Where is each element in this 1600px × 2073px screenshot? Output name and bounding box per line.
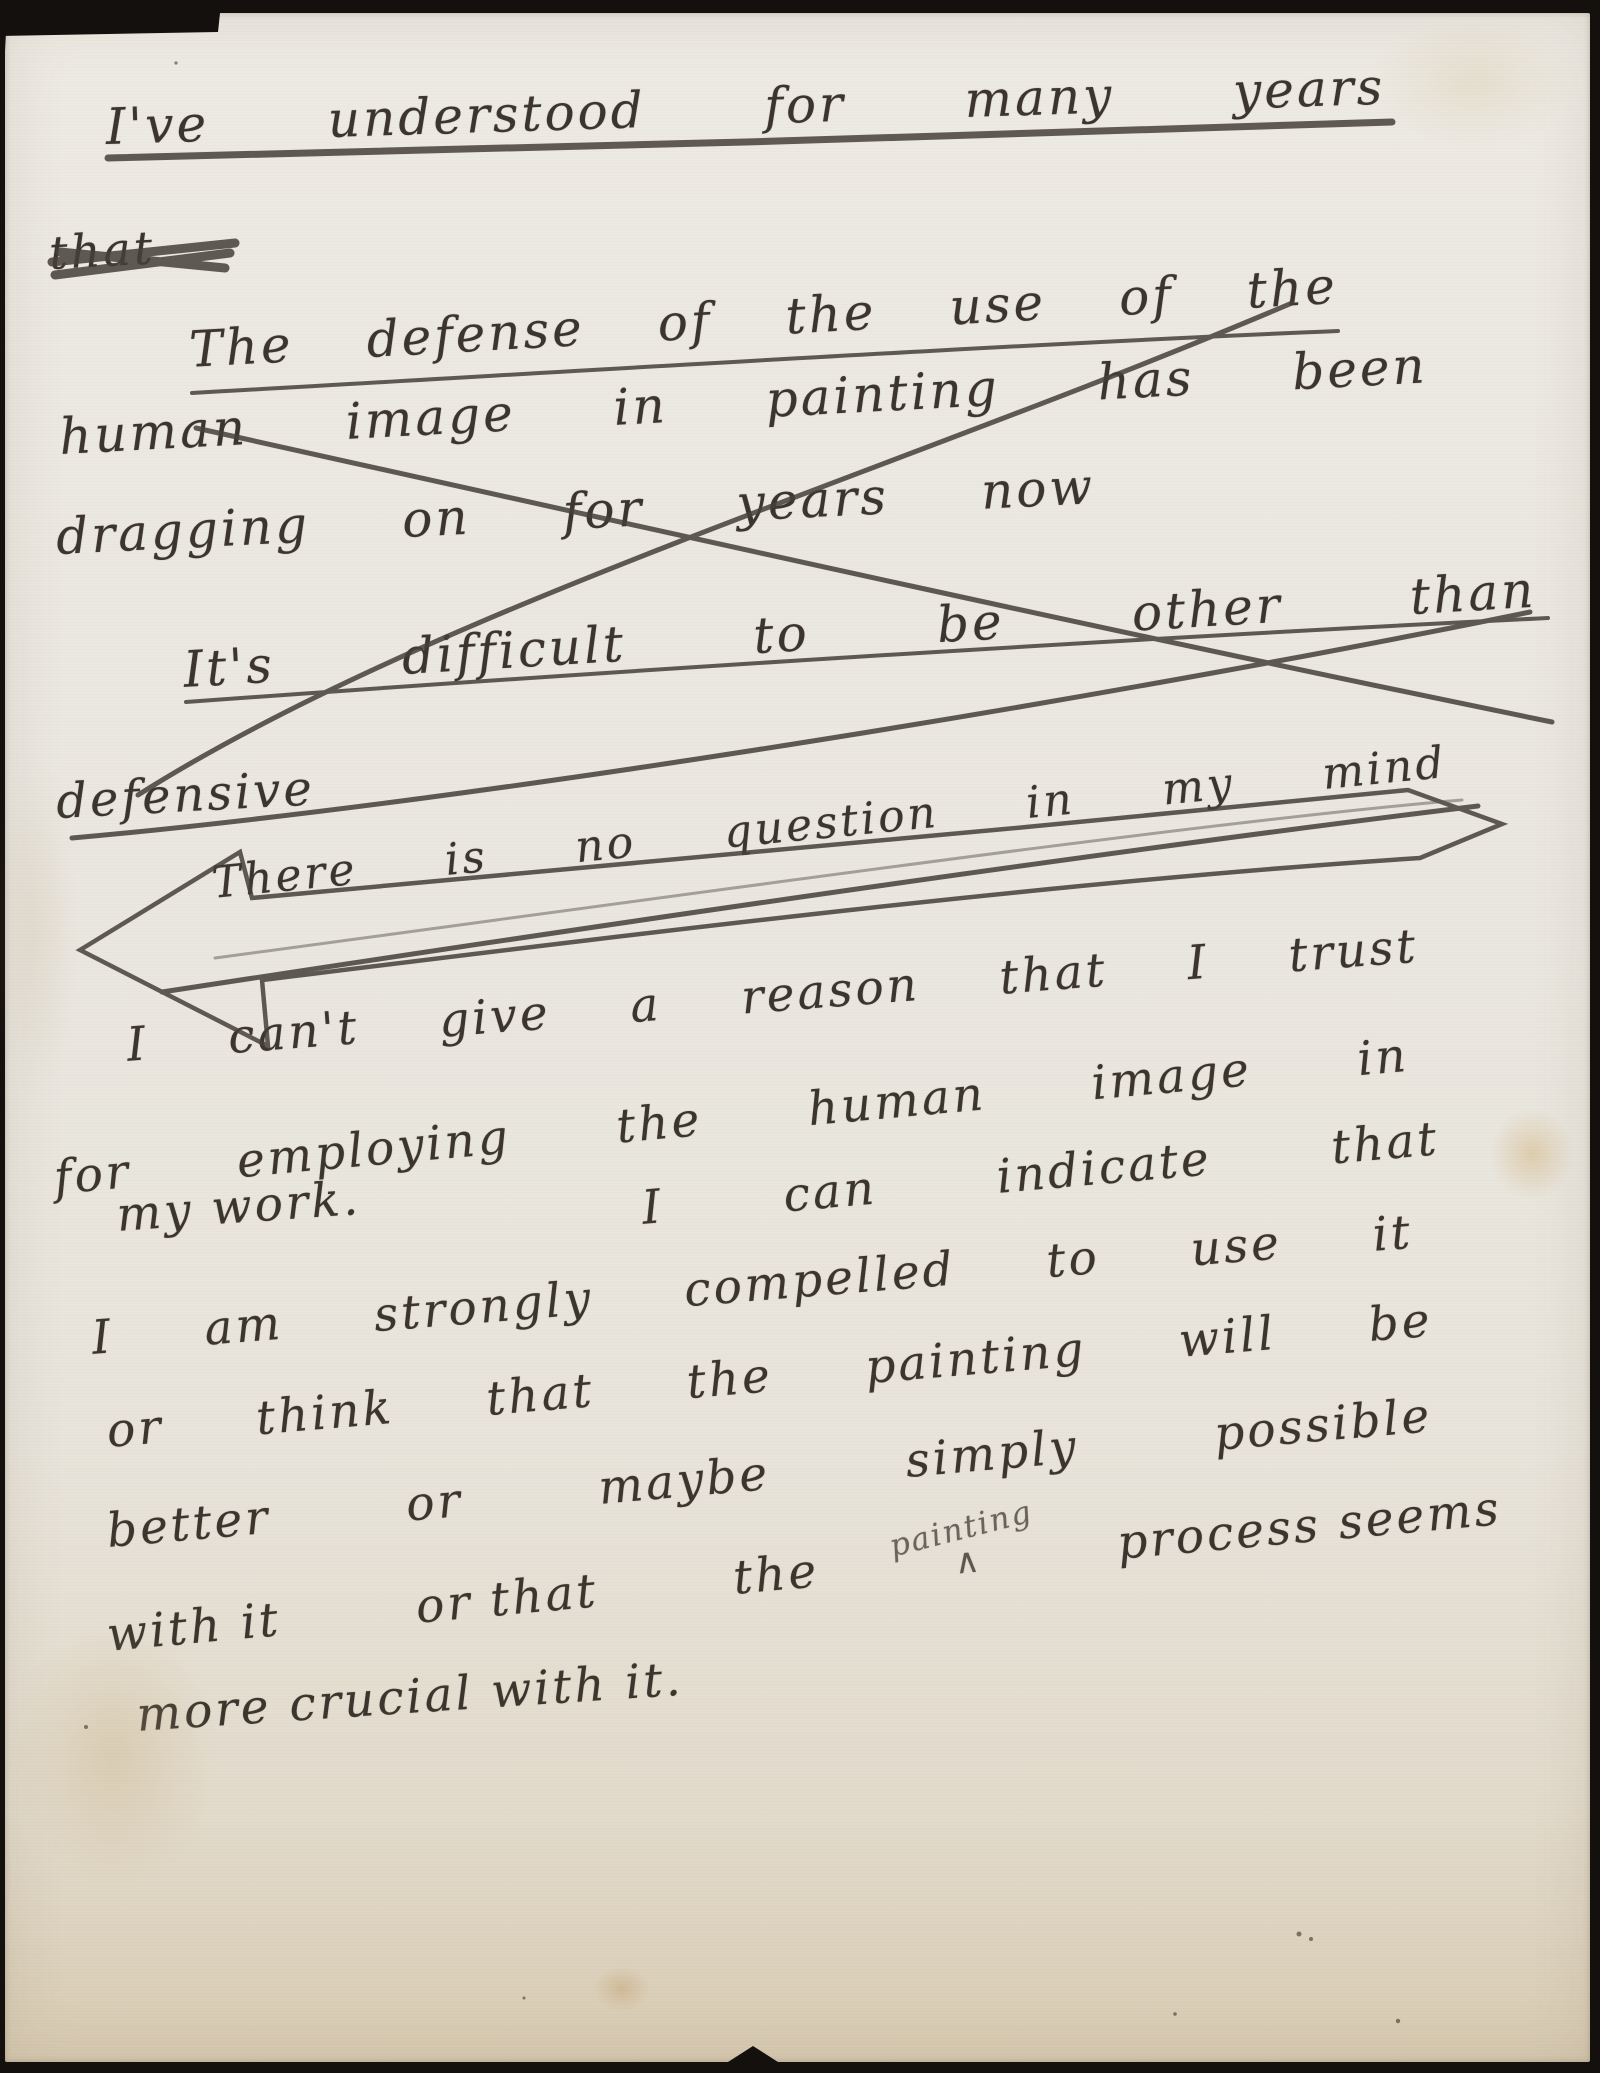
- segment-the: the: [731, 1547, 821, 1602]
- insertion-painting: painting ∧: [952, 1532, 984, 1581]
- line-that: that: [48, 221, 230, 276]
- segment-with-it: with it: [105, 1596, 283, 1659]
- caret-mark: ∧: [953, 1540, 984, 1582]
- scanned-manuscript-page: { "manuscript": { "lines": [ {"text": "I…: [0, 0, 1600, 2073]
- line-defensive: defensive: [55, 765, 297, 825]
